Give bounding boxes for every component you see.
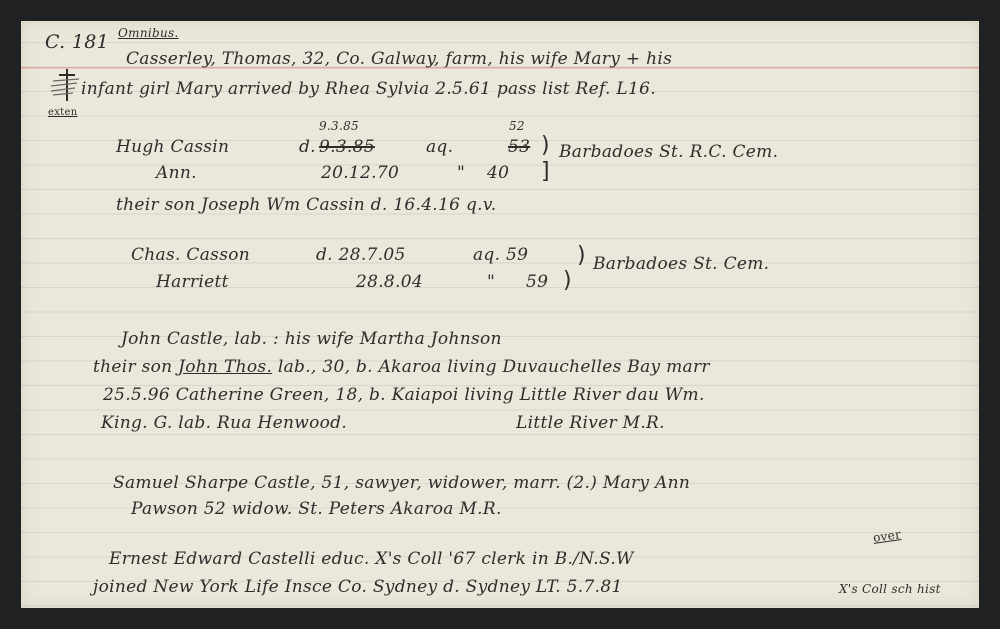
castle-john-line3: 25.5.96 Catherine Green, 18, b. Kaiapoi … (103, 385, 705, 405)
casson-brace-top: ) (577, 243, 586, 268)
cassin-struck-date: 9.3.85 (319, 137, 375, 157)
casson-age: aq. 59 (473, 245, 528, 265)
cassin-corrected-date: 9.3.85 (319, 119, 359, 133)
castle-john-son-name: John Thos. (178, 357, 272, 377)
castle-john-line4b: Little River M.R. (516, 413, 665, 433)
harriett-age: 59 (526, 272, 548, 292)
castelli-note: X's Coll sch hist (839, 582, 941, 596)
harriett-date: 28.8.04 (356, 272, 423, 292)
harriett-ditto: " (487, 272, 495, 292)
cassin-name: Hugh Cassin (116, 137, 229, 157)
cassin-aq-label: aq. (426, 137, 453, 157)
casson-name: Chas. Casson (131, 245, 250, 265)
over-note: over (872, 527, 902, 545)
castle-john-line4a: King. G. lab. Rua Henwood. (101, 413, 347, 433)
cassin-d-label: d. (299, 137, 316, 157)
ann-date: 20.12.70 (321, 163, 399, 183)
casson-brace-bottom: ) (563, 268, 572, 293)
castle-samuel-line2: Pawson 52 widow. St. Peters Akaroa M.R. (131, 499, 502, 519)
cross-scribble-icon (45, 67, 85, 103)
castelli-line2: joined New York Life Insce Co. Sydney d.… (93, 577, 623, 597)
card-reference: C. 181 (45, 31, 109, 53)
castelli-line1: Ernest Edward Castelli educ. X's Coll '6… (109, 549, 634, 569)
entry-casserley-line2: infant girl Mary arrived by Rhea Sylvia … (81, 79, 656, 99)
cassin-corrected-age: 52 (509, 119, 525, 133)
cassin-brace-top: ) (541, 133, 550, 158)
cassin-brace-bottom: ] (541, 159, 550, 184)
cassin-struck-age: 53 (508, 137, 530, 157)
harriett-name: Harriett (156, 272, 229, 292)
casson-burial: Barbadoes St. Cem. (593, 254, 769, 274)
index-card: C. 181 Omnibus. exten Casserley, Thomas,… (21, 21, 979, 608)
entry-casserley-line1: Casserley, Thomas, 32, Co. Galway, farm,… (126, 49, 672, 69)
ann-name: Ann. (156, 163, 197, 183)
margin-note: exten (48, 107, 77, 118)
cassin-son-line: their son Joseph Wm Cassin d. 16.4.16 q.… (116, 195, 496, 215)
cassin-burial: Barbadoes St. R.C. Cem. (559, 142, 778, 162)
ann-age: 40 (487, 163, 509, 183)
castle-john-line2: their son John Thos. lab., 30, b. Akaroa… (93, 357, 710, 377)
castle-john-prefix: their son (93, 357, 172, 377)
castle-samuel-line1: Samuel Sharpe Castle, 51, sawyer, widowe… (113, 473, 690, 493)
castle-john-rest: lab., 30, b. Akaroa living Duvauchelles … (278, 357, 710, 377)
ann-ditto: " (457, 163, 465, 183)
castle-john-line1: John Castle, lab. : his wife Martha John… (121, 329, 502, 349)
card-heading: Omnibus. (118, 26, 179, 40)
casson-date: d. 28.7.05 (316, 245, 406, 265)
